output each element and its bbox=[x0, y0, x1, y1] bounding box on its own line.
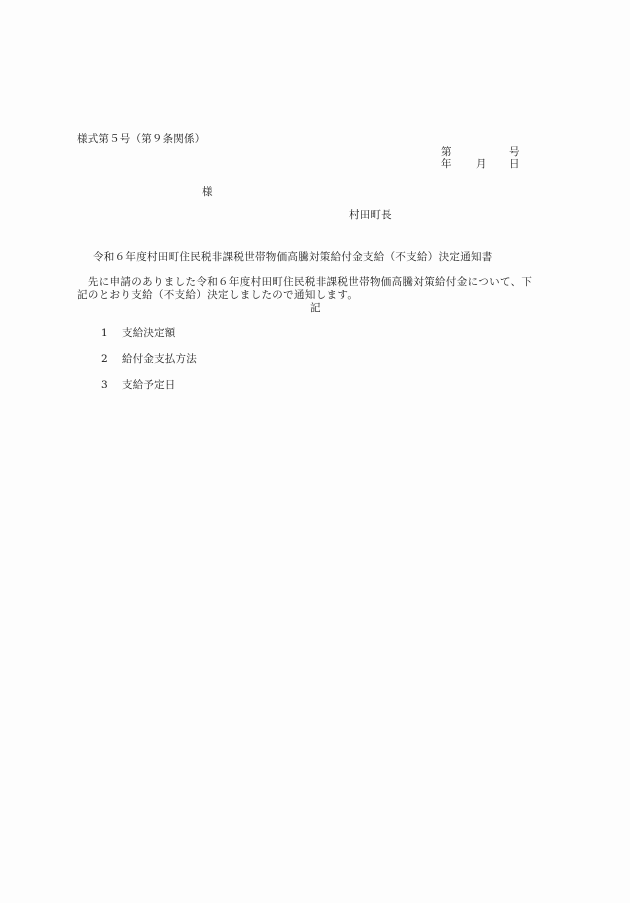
item-number: 1 bbox=[101, 327, 108, 339]
item-label: 支給決定額 bbox=[122, 327, 176, 339]
form-number-label: 様式第５号（第９条関係） bbox=[77, 133, 205, 145]
body-line-2: 記のとおり支給（不支給）決定しましたので通知します。 bbox=[77, 289, 557, 302]
date-year-label: 年 bbox=[441, 158, 452, 170]
date-month-label: 月 bbox=[476, 158, 487, 170]
ki-heading: 記 bbox=[310, 302, 321, 314]
document-title: 令和６年度村田町住民税非課税世帯物価高騰対策給付金支給（不支給）決定通知書 bbox=[93, 251, 493, 263]
date-day-label: 日 bbox=[509, 158, 520, 170]
item-label: 支給予定日 bbox=[122, 379, 176, 391]
document-page: 様式第５号（第９条関係） 第 号 年 月 日 様 村田町長 令和６年度村田町住民… bbox=[0, 0, 630, 903]
recipient-honorific: 様 bbox=[202, 186, 213, 198]
reference-go: 号 bbox=[509, 146, 520, 158]
body-line-1: 先に申請のありました令和６年度村田町住民税非課税世帯物価高騰対策給付金について、… bbox=[77, 276, 557, 289]
item-label: 給付金支払方法 bbox=[122, 353, 197, 365]
item-number: 2 bbox=[101, 353, 108, 365]
sender-name: 村田町長 bbox=[349, 209, 392, 221]
item-number: 3 bbox=[101, 379, 108, 391]
body-paragraph: 先に申請のありました令和６年度村田町住民税非課税世帯物価高騰対策給付金について、… bbox=[77, 276, 557, 301]
reference-dai: 第 bbox=[441, 146, 452, 158]
